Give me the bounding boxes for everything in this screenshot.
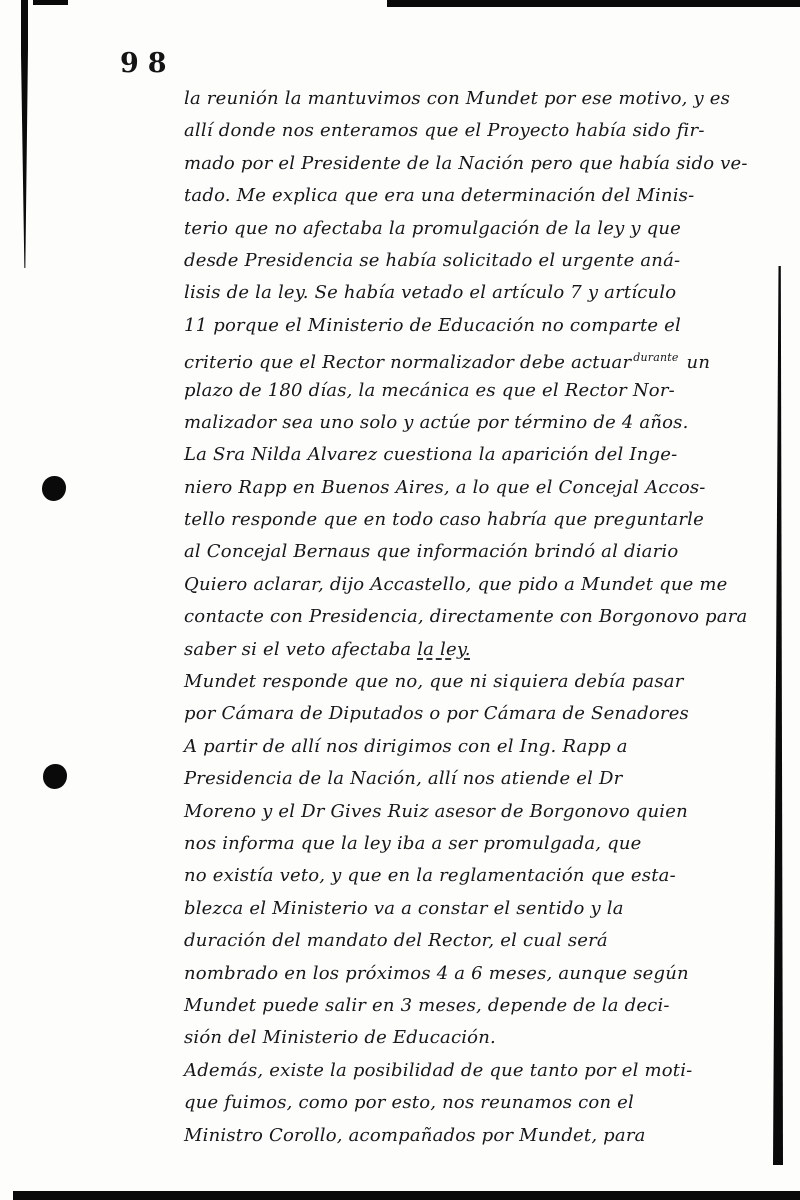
handwritten-line: Moreno y el Dr Gives Ruiz asesor de Borg… xyxy=(184,797,784,829)
handwritten-line: que fuimos, como por esto, nos reunamos … xyxy=(184,1088,784,1120)
handwritten-line: malizador sea uno solo y actúe por térmi… xyxy=(184,408,784,440)
handwritten-line: al Concejal Bernaus que información brin… xyxy=(184,537,784,569)
handwritten-line: La Sra Nilda Alvarez cuestiona la aparic… xyxy=(184,440,784,472)
handwritten-line: contacte con Presidencia, directamente c… xyxy=(184,602,784,634)
handwritten-line: plazo de 180 días, la mecánica es que el… xyxy=(184,376,784,408)
handwritten-line: A partir de allí nos dirigimos con el In… xyxy=(184,732,784,764)
handwritten-line: la reunión la mantuvimos con Mundet por … xyxy=(184,84,784,116)
handwritten-line: lisis de la ley. Se había vetado el artí… xyxy=(184,278,784,310)
handwritten-line: nombrado en los próximos 4 a 6 meses, au… xyxy=(184,959,784,991)
handwritten-line: nos informa que la ley iba a ser promulg… xyxy=(184,829,784,861)
punch-hole-bottom xyxy=(43,764,67,789)
punch-hole-top xyxy=(42,476,66,501)
handwritten-line: terio que no afectaba la promulgación de… xyxy=(184,214,784,246)
handwritten-line: allí donde nos enteramos que el Proyecto… xyxy=(184,116,784,148)
handwritten-line: tello responde que en todo caso habría q… xyxy=(184,505,784,537)
scan-left-edge-artifact xyxy=(21,0,28,268)
handwritten-line: por Cámara de Diputados o por Cámara de … xyxy=(184,699,784,731)
handwritten-line: desde Presidencia se había solicitado el… xyxy=(184,246,784,278)
handwritten-line: mado por el Presidente de la Nación pero… xyxy=(184,149,784,181)
scan-top-right-streak-artifact xyxy=(387,0,800,7)
handwritten-line: niero Rapp en Buenos Aires, a lo que el … xyxy=(184,473,784,505)
interlinear-insertion: durante xyxy=(633,351,678,364)
scanned-document-page: 98 la reunión la mantuvimos con Mundet p… xyxy=(0,0,800,1200)
handwritten-line: duración del mandato del Rector, el cual… xyxy=(184,926,784,958)
handwritten-line: no existía veto, y que en la reglamentac… xyxy=(184,861,784,893)
handwritten-line: Quiero aclarar, dijo Accastello, que pid… xyxy=(184,570,784,602)
handwritten-line: blezca el Ministerio va a constar el sen… xyxy=(184,894,784,926)
scan-bottom-edge-artifact xyxy=(13,1191,800,1200)
handwritten-line: Presidencia de la Nación, allí nos atien… xyxy=(184,764,784,796)
handwritten-line: Mundet responde que no, que ni siquiera … xyxy=(184,667,784,699)
underlined-phrase: la ley. xyxy=(417,639,471,660)
page-number: 98 xyxy=(120,48,176,79)
handwritten-line: saber si el veto afectaba la ley. xyxy=(184,635,784,667)
handwritten-line: tado. Me explica que era una determinaci… xyxy=(184,181,784,213)
handwritten-line: sión del Ministerio de Educación. xyxy=(184,1023,784,1055)
handwritten-line: Mundet puede salir en 3 meses, depende d… xyxy=(184,991,784,1023)
handwritten-line: 11 porque el Ministerio de Educación no … xyxy=(184,311,784,343)
scan-top-left-streak-artifact xyxy=(33,0,68,5)
handwritten-text: la reunión la mantuvimos con Mundet por … xyxy=(184,84,784,1153)
handwritten-line: Ministro Corollo, acompañados por Mundet… xyxy=(184,1121,784,1153)
handwritten-line: Además, existe la posibilidad de que tan… xyxy=(184,1056,784,1088)
handwritten-line: criterio que el Rector normalizador debe… xyxy=(184,343,784,375)
